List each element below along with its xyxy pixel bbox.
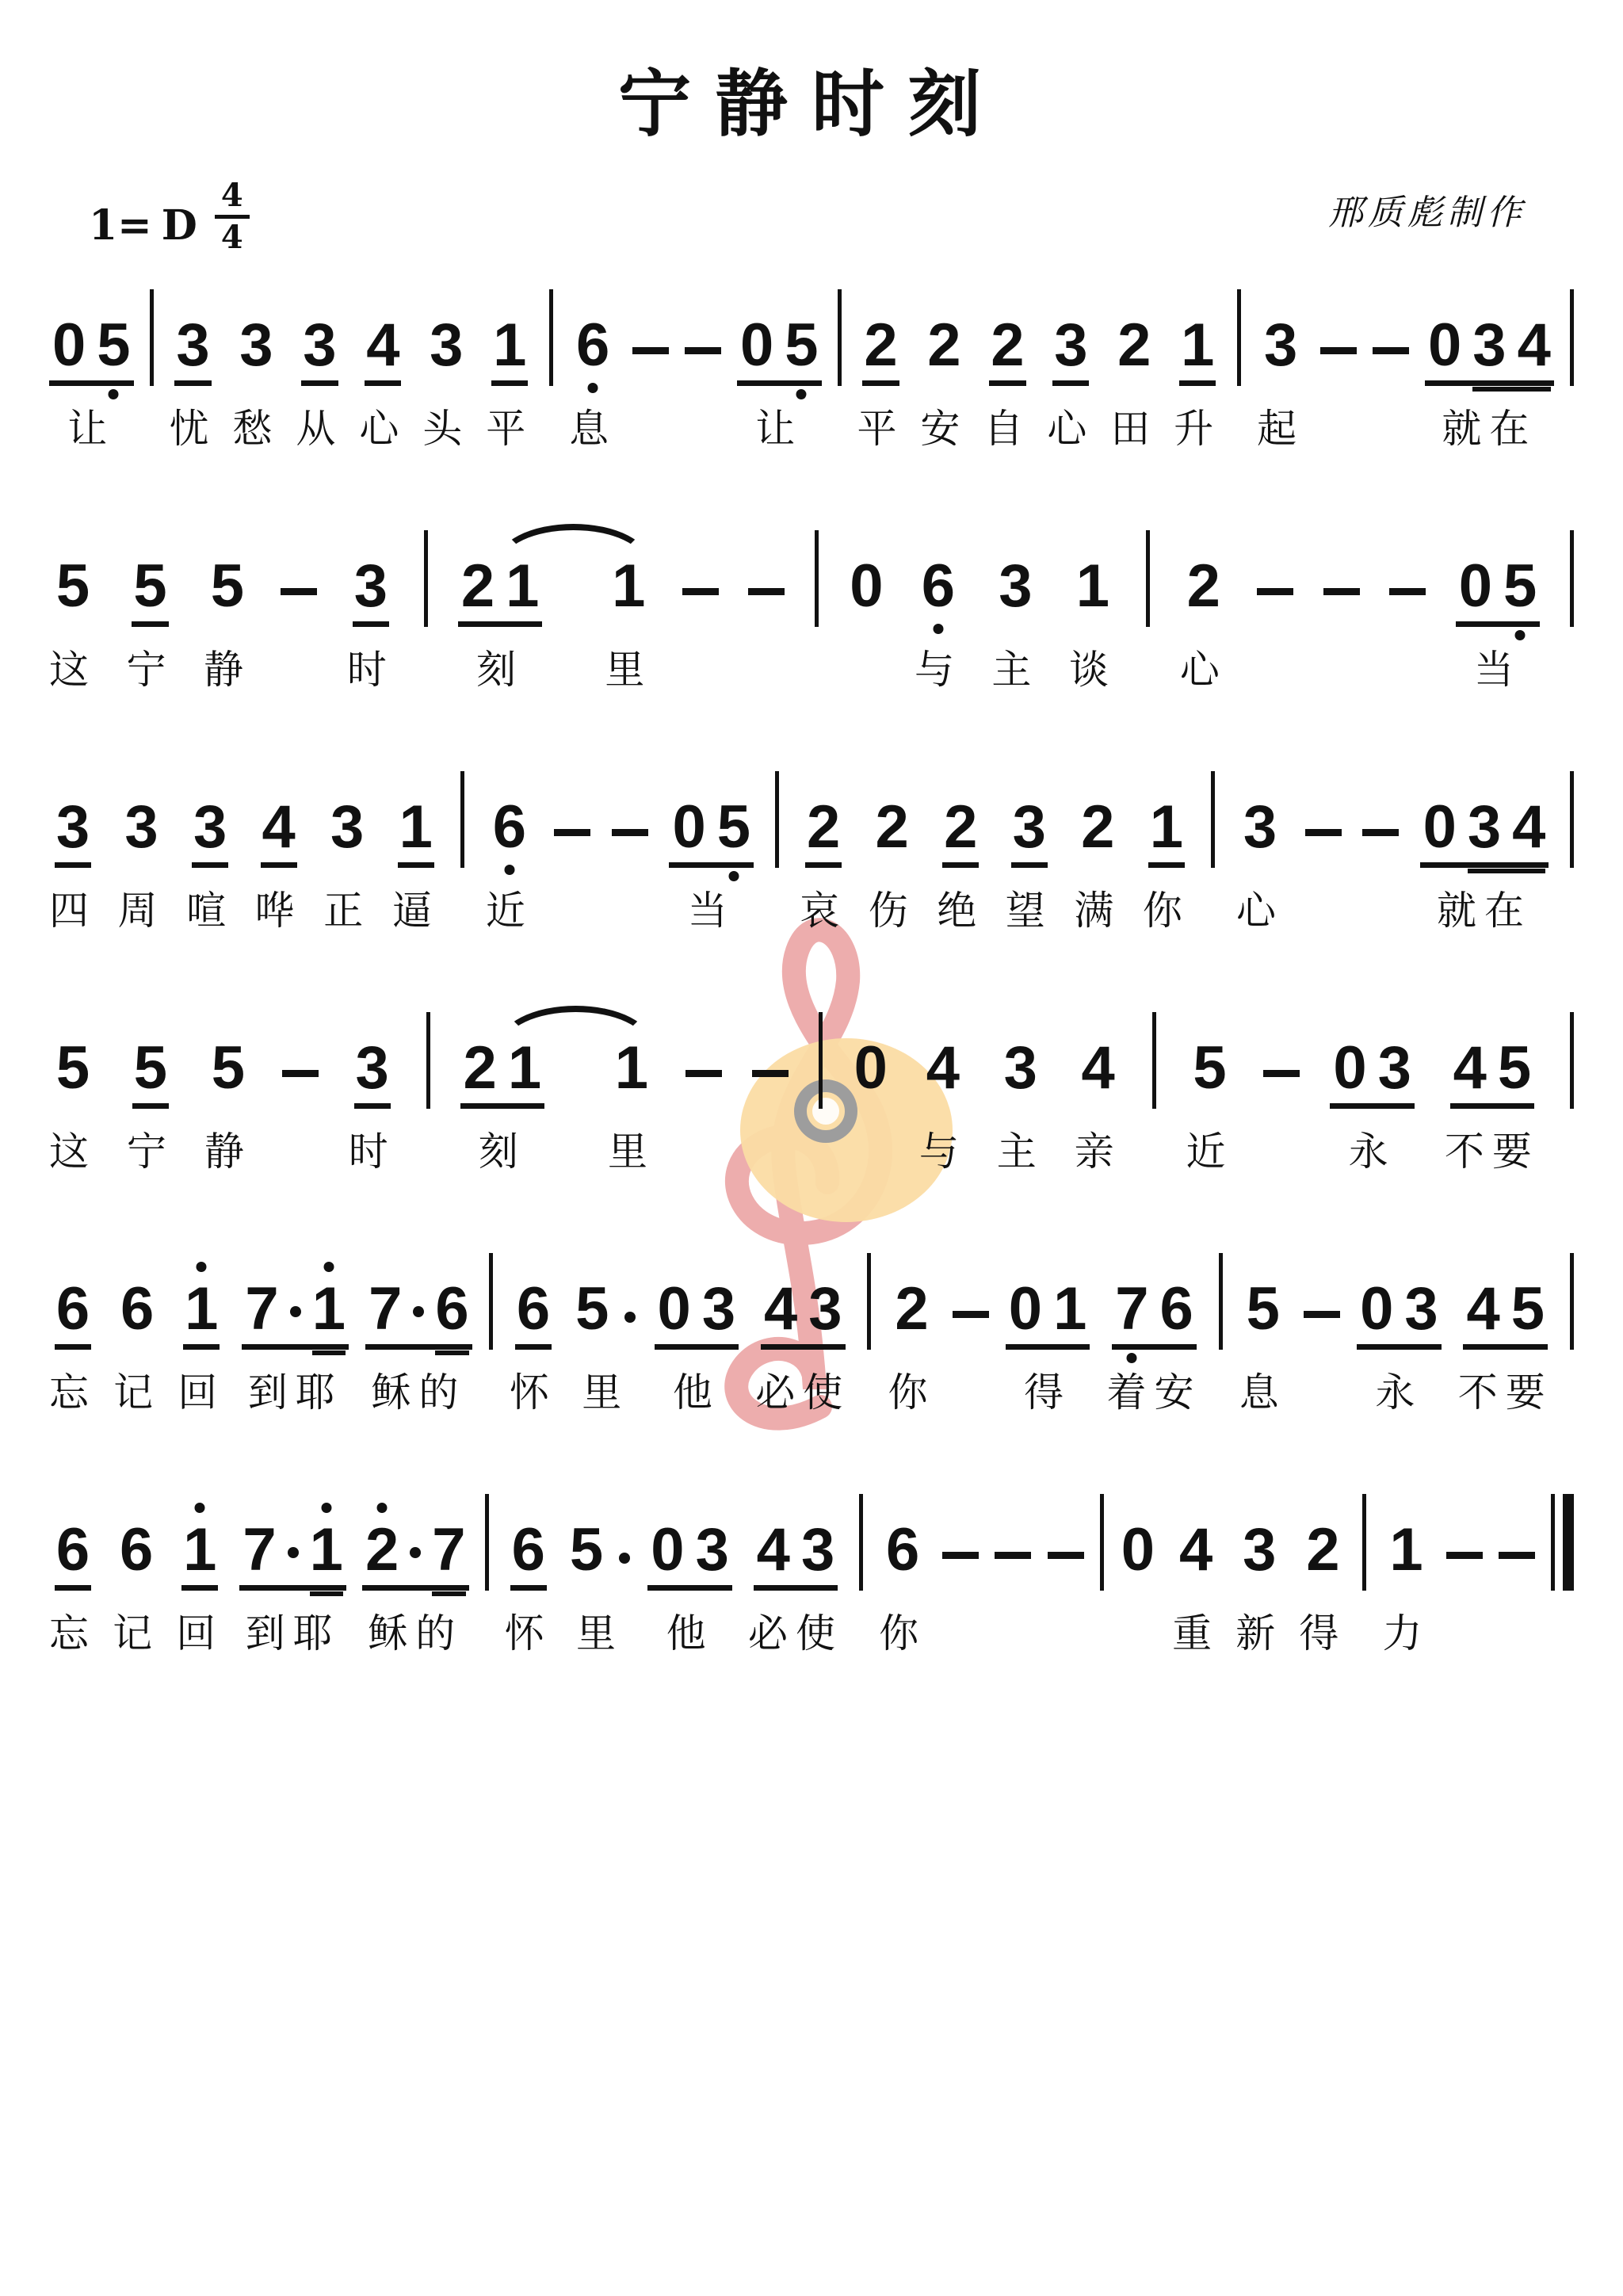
lyric-syllable: 回 <box>176 1611 223 1660</box>
duration-dash <box>632 347 669 354</box>
low-octave-dot <box>728 871 739 881</box>
note-token: 3愁 <box>232 304 280 456</box>
note-digit: 2 <box>874 797 911 868</box>
note-digit: 5 <box>1245 1279 1281 1350</box>
note-digit: 3 <box>353 556 389 627</box>
rest-note: 0 <box>651 1520 684 1580</box>
barline <box>1219 1253 1223 1350</box>
barline-token <box>1570 304 1574 456</box>
note-digit: 2 <box>893 1279 930 1350</box>
rest-note: 0 <box>853 1038 889 1109</box>
key-name: D <box>162 205 197 246</box>
duration-dash <box>1499 1552 1535 1559</box>
note-digit: 2 <box>461 556 495 617</box>
note-token: 3望 <box>1006 785 1053 938</box>
lyric-syllable: 亲 <box>1075 1129 1122 1179</box>
barline <box>1570 289 1574 386</box>
dash-token <box>682 544 719 697</box>
note-digit: 5 <box>55 1038 91 1109</box>
lyric-syllable: 从 <box>296 407 343 456</box>
lyric-syllable: 力 <box>1383 1611 1430 1660</box>
duration-dash <box>995 1552 1031 1559</box>
note-token: 3四 <box>49 785 97 938</box>
note-token: 3心 <box>1047 304 1094 456</box>
barline-token <box>1211 785 1215 938</box>
note-token: 2伤 <box>869 785 916 938</box>
beamed-note-group: 034 <box>1420 797 1549 868</box>
barline-token <box>1570 785 1574 938</box>
high-octave-dot <box>377 1503 388 1513</box>
lyric-syllable: 自 <box>983 407 1031 456</box>
rest-note: 0 <box>52 315 86 376</box>
duration-dash <box>1263 1070 1300 1077</box>
duration-dash <box>748 588 785 595</box>
lyric-syllable: 与 <box>919 1129 967 1179</box>
note-digit: 2 <box>1079 797 1116 868</box>
barline-token <box>859 1508 863 1660</box>
note-token: 0 <box>1120 1508 1156 1660</box>
lyric-syllable: 当 <box>688 888 735 938</box>
lyric-syllable: 怀 <box>505 1611 552 1660</box>
music-systems: 05让3忧3愁3从4心3头1平6息05让2平2安2自3心2田1升3起034就在5… <box>0 246 1623 1660</box>
barline <box>1362 1494 1366 1591</box>
barline-token <box>424 544 428 697</box>
barline <box>815 530 819 627</box>
lyric-syllable: 宁 <box>126 648 174 697</box>
beamed-group-token: 21刻 <box>458 544 543 697</box>
beamed-note-group: 71 <box>242 1279 349 1350</box>
note-digit: 2 <box>1116 315 1152 386</box>
barline-token <box>1237 304 1241 456</box>
lyric-syllable: 心 <box>359 407 407 456</box>
lyric-syllable: 记 <box>113 1611 160 1660</box>
dash-token <box>1048 1508 1084 1660</box>
low-octave-dot <box>504 865 514 875</box>
lyric-syllable: 让 <box>755 407 803 456</box>
duration-dash <box>1362 829 1399 836</box>
dash-token <box>1362 785 1399 938</box>
note-token: 3忧 <box>169 304 216 456</box>
note-digit: 3 <box>1002 1038 1039 1109</box>
low-octave-dot <box>109 389 119 399</box>
duration-dash <box>682 588 719 595</box>
lyric-syllable: 升 <box>1174 407 1221 456</box>
rest-note: 0 <box>848 556 884 627</box>
note-token: 5里 <box>574 1267 637 1419</box>
key-signature: 1= D 4 4 <box>89 171 250 246</box>
duration-dash <box>282 1070 319 1077</box>
lyric-syllable: 你 <box>1143 888 1190 938</box>
note-digit: 2 <box>365 1520 399 1580</box>
note-digit: 3 <box>329 797 365 868</box>
beamed-note-group: 27 <box>362 1520 469 1591</box>
barline <box>1211 771 1215 868</box>
note-token: 6你 <box>879 1508 926 1660</box>
barline <box>838 289 842 386</box>
music-system: 5这5宁5静3时21刻1里06与3主1谈2心05当 <box>49 544 1574 697</box>
note-digit: 4 <box>261 797 297 868</box>
sixteenth-beam-group: 1 <box>310 1520 343 1580</box>
lyric-syllable: 不要 <box>1445 1129 1540 1179</box>
barline <box>489 1253 493 1350</box>
barline-token <box>426 1026 430 1179</box>
sixteenth-beam-group: 7 <box>432 1520 465 1580</box>
note-token: 6息 <box>569 304 617 456</box>
beamed-note-group: 03 <box>1357 1279 1442 1350</box>
note-token: 6近 <box>486 785 533 938</box>
note-token: 0 <box>848 544 884 697</box>
lyric-syllable: 谈 <box>1069 648 1117 697</box>
note-token: 2平 <box>857 304 904 456</box>
lyric-syllable: 记 <box>113 1370 161 1419</box>
dotted-rhythm-dot <box>410 1547 421 1558</box>
barline-token <box>1152 1026 1156 1179</box>
barline-token <box>1362 1508 1366 1660</box>
note-digit: 1 <box>610 556 647 627</box>
lyric-syllable: 到耶 <box>246 1611 341 1660</box>
sixteenth-beam-group: 34 <box>1468 797 1546 858</box>
beamed-group-token: 05让 <box>49 304 134 456</box>
note-digit: 4 <box>757 1520 790 1580</box>
note-digit: 6 <box>119 1279 155 1350</box>
beamed-note-group: 45 <box>1463 1279 1548 1350</box>
note-digit: 2 <box>926 315 962 386</box>
beamed-group-token: 21刻 <box>460 1026 545 1179</box>
note-token: 6忘 <box>49 1267 97 1419</box>
note-digit: 1 <box>508 1038 541 1098</box>
note-digit: 1 <box>310 1520 343 1580</box>
music-system: 3四3周3喧4哗3正1逼6近05当2哀2伤2绝3望2满1你3心034就在 <box>49 785 1574 938</box>
barline-token <box>460 785 464 938</box>
lyric-syllable: 逼 <box>392 888 440 938</box>
duration-dash <box>1323 588 1360 595</box>
dotted-rhythm-dot <box>290 1306 301 1317</box>
duration-dash <box>1304 1311 1340 1318</box>
note-token: 4心 <box>359 304 407 456</box>
note-digit: 3 <box>696 1520 729 1580</box>
note-token: 5宁 <box>127 1026 174 1179</box>
barline <box>1146 530 1150 627</box>
note-token: 3主 <box>997 1026 1044 1179</box>
note-digit: 6 <box>1160 1279 1193 1339</box>
lyric-syllable: 满 <box>1074 888 1121 938</box>
note-digit: 1 <box>613 1038 650 1109</box>
barline-token <box>489 1267 493 1419</box>
barline <box>1100 1494 1104 1591</box>
note-token: 1力 <box>1383 1508 1430 1660</box>
note-digit: 6 <box>515 1279 552 1350</box>
lyric-syllable: 里 <box>576 1611 624 1660</box>
lyric-syllable: 起 <box>1257 407 1304 456</box>
note-token: 2安 <box>920 304 968 456</box>
credit-text: 邢质彪制作 <box>1328 184 1526 235</box>
note-token: 3时 <box>349 1026 396 1179</box>
note-token: 2得 <box>1299 1508 1346 1660</box>
rest-note: 0 <box>1333 1038 1366 1098</box>
note-digit: 7 <box>1115 1279 1148 1339</box>
note-token: 1回 <box>178 1267 225 1419</box>
time-signature-upper: 4 <box>215 179 250 219</box>
duration-dash <box>1048 1552 1084 1559</box>
dash-token <box>748 544 785 697</box>
beamed-note-group: 21 <box>458 556 543 627</box>
note-digit: 3 <box>1472 315 1506 376</box>
high-octave-dot <box>323 1262 334 1272</box>
lyric-syllable: 到耶 <box>248 1370 343 1419</box>
lyric-syllable: 绝 <box>937 888 984 938</box>
note-digit: 6 <box>510 1520 547 1591</box>
dash-token <box>1257 544 1293 697</box>
dash-token <box>281 544 317 697</box>
note-digit: 7 <box>432 1520 465 1580</box>
lyric-syllable: 主 <box>997 1129 1044 1179</box>
note-digit: 2 <box>805 797 842 868</box>
beamed-group-token: 03他 <box>655 1267 739 1419</box>
note-digit: 2 <box>989 315 1025 386</box>
lyric-syllable: 忧 <box>169 407 216 456</box>
barline <box>1570 530 1574 627</box>
note-token: 3心 <box>1236 785 1284 938</box>
barline <box>867 1253 871 1350</box>
lyric-syllable: 刻 <box>479 1129 526 1179</box>
note-token: 6记 <box>113 1267 161 1419</box>
note-digit: 6 <box>920 556 957 627</box>
lyric-syllable: 就在 <box>1442 407 1537 456</box>
final-barline <box>1551 1494 1574 1591</box>
note-token: 3头 <box>422 304 470 456</box>
note-digit: 4 <box>1518 315 1551 376</box>
note-digit: 1 <box>1075 556 1111 627</box>
dash-token <box>1499 1508 1535 1660</box>
note-token: 1回 <box>176 1508 223 1660</box>
high-octave-dot <box>321 1503 331 1513</box>
lyric-syllable: 你 <box>888 1370 936 1419</box>
duration-dash <box>554 829 590 836</box>
note-digit: 6 <box>884 1520 921 1591</box>
barline <box>549 289 553 386</box>
lyric-syllable: 心 <box>1180 648 1228 697</box>
beamed-note-group: 05 <box>737 315 822 386</box>
note-digit: 3 <box>997 556 1033 627</box>
note-token: 3正 <box>323 785 371 938</box>
note-token: 1平 <box>486 304 533 456</box>
lyric-syllable: 这 <box>49 648 97 697</box>
song-title: 宁静时刻 <box>0 0 1623 151</box>
lyric-syllable: 平 <box>486 407 533 456</box>
beamed-group-token: 05当 <box>1456 544 1541 697</box>
note-digit: 2 <box>862 315 899 386</box>
note-digit: 1 <box>1388 1520 1424 1591</box>
lyric-syllable: 得 <box>1299 1611 1346 1660</box>
sixteenth-beam-group: 6 <box>435 1279 468 1339</box>
note-digit: 7 <box>369 1279 402 1339</box>
dash-token <box>1263 1026 1300 1179</box>
lyric-syllable: 里 <box>582 1370 629 1419</box>
barline <box>460 771 464 868</box>
note-token: 5里 <box>568 1508 632 1660</box>
note-token: 2自 <box>983 304 1031 456</box>
note-digit: 7 <box>245 1279 278 1339</box>
note-token: 5静 <box>204 544 251 697</box>
lyric-syllable: 愁 <box>232 407 280 456</box>
lyric-syllable: 头 <box>422 407 470 456</box>
note-digit: 3 <box>1242 797 1278 868</box>
final-thin-bar <box>1551 1494 1555 1591</box>
lyric-syllable: 怀 <box>510 1370 557 1419</box>
rest-note: 0 <box>1360 1279 1393 1339</box>
final-barline-token <box>1551 1508 1574 1660</box>
barline <box>819 1012 823 1109</box>
lyric-syllable: 你 <box>879 1611 926 1660</box>
dash-token <box>1446 1508 1483 1660</box>
high-octave-dot <box>197 1262 207 1272</box>
note-digit: 2 <box>942 797 979 868</box>
beamed-note-group: 71 <box>239 1520 346 1591</box>
lyric-syllable: 他 <box>666 1611 714 1660</box>
dash-token <box>1305 785 1342 938</box>
barline-token <box>1100 1508 1104 1660</box>
note-token: 2心 <box>1180 544 1228 697</box>
dash-token <box>685 304 721 456</box>
barline <box>859 1494 863 1591</box>
lyric-syllable: 回 <box>178 1370 225 1419</box>
note-digit: 5 <box>1503 556 1537 617</box>
beamed-group-token: 03他 <box>647 1508 732 1660</box>
dash-token <box>1304 1267 1340 1419</box>
lyric-syllable: 就在 <box>1437 888 1532 938</box>
lyric-syllable: 心 <box>1236 888 1284 938</box>
note-digit: 6 <box>575 315 611 386</box>
dash-token <box>632 304 669 456</box>
lyric-syllable: 周 <box>118 888 166 938</box>
beamed-note-group: 05 <box>1456 556 1541 627</box>
augmentation-dot <box>619 1553 630 1564</box>
low-octave-dot <box>933 624 943 634</box>
lyric-syllable: 必使 <box>748 1611 843 1660</box>
barline <box>1237 289 1241 386</box>
note-token: 5近 <box>1186 1026 1234 1179</box>
note-digit: 3 <box>174 315 211 386</box>
note-digit: 2 <box>1186 556 1222 627</box>
rest-note: 0 <box>1009 1279 1042 1339</box>
lyric-syllable: 时 <box>349 1129 396 1179</box>
lyric-syllable: 息 <box>569 407 617 456</box>
dash-token <box>685 1026 722 1179</box>
lyric-syllable: 哗 <box>255 888 303 938</box>
note-token: 3周 <box>118 785 166 938</box>
note-token: 3时 <box>347 544 395 697</box>
lyric-syllable: 忘 <box>49 1370 97 1419</box>
rest-note: 0 <box>658 1279 691 1339</box>
barline <box>426 1012 430 1109</box>
note-token: 4重 <box>1172 1508 1220 1660</box>
low-octave-dot <box>1515 630 1526 640</box>
dash-token <box>995 1508 1031 1660</box>
beamed-group-token: 03永 <box>1330 1026 1415 1179</box>
music-system: 5这5宁5静3时21刻1里04与3主4亲5近03永45不要 <box>49 1026 1574 1179</box>
beamed-group-token: 43必使 <box>748 1508 843 1660</box>
lyric-syllable: 不要 <box>1458 1370 1553 1419</box>
duration-dash <box>752 1070 789 1077</box>
duration-dash <box>685 1070 722 1077</box>
note-token: 4亲 <box>1075 1026 1122 1179</box>
note-token: 5息 <box>1239 1267 1287 1419</box>
barline-token <box>485 1508 489 1660</box>
beamed-note-group: 03 <box>655 1279 739 1350</box>
lyric-syllable: 里 <box>608 1129 655 1179</box>
note-digit: 3 <box>1378 1038 1411 1098</box>
duration-dash <box>1305 829 1342 836</box>
slur-token <box>572 544 575 697</box>
low-octave-dot <box>796 389 807 399</box>
beamed-group-token: 45不要 <box>1458 1267 1553 1419</box>
dash-token <box>953 1267 989 1419</box>
note-digit: 4 <box>925 1038 961 1109</box>
note-digit: 3 <box>1404 1279 1438 1339</box>
beamed-group-token: 71到耶 <box>239 1508 346 1660</box>
duration-dash <box>942 1552 979 1559</box>
note-token: 6怀 <box>505 1508 552 1660</box>
lyric-syllable: 必使 <box>755 1370 850 1419</box>
note-token: 3新 <box>1235 1508 1283 1660</box>
note-token: 6与 <box>915 544 962 697</box>
note-digit: 3 <box>801 1520 834 1580</box>
note-digit: 1 <box>1053 1279 1086 1339</box>
barline <box>775 771 779 868</box>
note-token: 0 <box>853 1026 889 1179</box>
beamed-group-token: 034就在 <box>1420 785 1549 938</box>
low-octave-dot <box>1127 1353 1137 1363</box>
augmentation-dot <box>624 1312 636 1323</box>
header-row: 1= D 4 4 邢质彪制作 <box>0 151 1623 246</box>
barline-token <box>549 304 553 456</box>
note-digit: 1 <box>312 1279 346 1339</box>
note-digit: 4 <box>1080 1038 1117 1109</box>
barline <box>424 530 428 627</box>
note-token: 4与 <box>919 1026 967 1179</box>
lyric-syllable: 稣的 <box>371 1370 466 1419</box>
lyric-syllable: 田 <box>1110 407 1158 456</box>
duration-dash <box>1389 588 1426 595</box>
beamed-group-token: 76稣的 <box>365 1267 472 1419</box>
lyric-syllable: 稣的 <box>368 1611 463 1660</box>
note-digit: 3 <box>702 1279 735 1339</box>
dotted-rhythm-dot <box>413 1306 424 1317</box>
lyric-syllable: 他 <box>673 1370 720 1419</box>
barline <box>1152 1012 1156 1109</box>
lyric-syllable: 静 <box>204 648 251 697</box>
lyric-syllable: 望 <box>1006 888 1053 938</box>
lyric-syllable: 新 <box>1235 1611 1283 1660</box>
note-digit: 5 <box>1191 1038 1228 1109</box>
note-token: 1里 <box>608 1026 655 1179</box>
note-digit: 1 <box>398 797 434 868</box>
beamed-note-group: 03 <box>647 1520 732 1591</box>
lyric-syllable: 哀 <box>800 888 847 938</box>
dash-token <box>942 1508 979 1660</box>
note-digit: 5 <box>209 556 246 627</box>
duration-dash <box>1373 347 1409 354</box>
note-token: 3喧 <box>186 785 234 938</box>
barline-token <box>1570 1026 1574 1179</box>
lyric-syllable: 永 <box>1375 1370 1423 1419</box>
note-digit: 5 <box>1511 1279 1545 1339</box>
beamed-group-token: 76着安 <box>1107 1267 1202 1419</box>
note-token: 2你 <box>888 1267 936 1419</box>
dash-token <box>752 1026 789 1179</box>
note-digit: 4 <box>1453 1038 1487 1098</box>
beamed-group-token: 034就在 <box>1425 304 1554 456</box>
